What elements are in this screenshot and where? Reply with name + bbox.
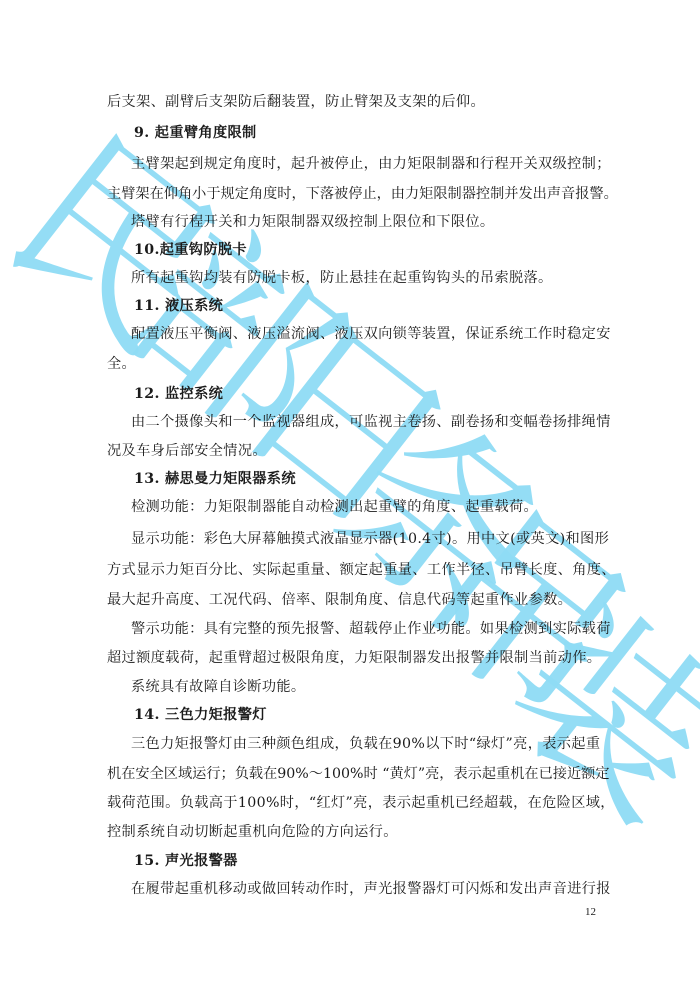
paragraph-line: 在履带起重机移动或做回转动作时，声光报警器灯可闪烁和发出声音进行报: [131, 880, 611, 898]
paragraph-line: 况及车身后部安全情况。: [107, 442, 267, 460]
paragraph-line: 控制系统自动切断起重机向危险的方向运行。: [107, 823, 398, 841]
paragraph-line: 载荷范围。负载高于100%时，“红灯”亮，表示起重机已经超载，在危险区域，: [107, 794, 615, 812]
section-heading: 11. 液压系统: [134, 297, 223, 315]
paragraph-line: 主臂架起到规定角度时，起升被停止，由力矩限制器和行程开关双级控制；: [131, 155, 611, 173]
watermark-char: 条: [312, 392, 579, 659]
paragraph-line: 系统具有故障自诊断功能。: [131, 678, 305, 696]
section-heading: 13. 赫思曼力矩限器系统: [134, 470, 296, 488]
paragraph-line: 后支架、副臂后支架防后翻装置，防止臂架及支架的后仰。: [107, 93, 485, 111]
paragraph-line: 方式显示力矩百分比、实际起重量、额定起重量、工作半径、吊臂长度、角度、: [107, 561, 616, 579]
paragraph-line: 警示功能：具有完整的预先报警、超载停止作业功能。如果检测到实际载荷: [131, 620, 611, 638]
paragraph-line: 最大起升高度、工况代码、倍率、限制角度、信息代码等起重作业参数。: [107, 591, 572, 609]
paragraph-line: 塔臂有行程开关和力矩限制器双级控制上限位和下限位。: [131, 213, 494, 231]
paragraph-line: 三色力矩报警灯由三种颜色组成，负载在90%以下时“绿灯”亮，表示起重: [131, 735, 600, 753]
section-heading: 14. 三色力矩报警灯: [134, 706, 267, 724]
paragraph-line: 所有起重钩均装有防脱卡板，防止悬挂在起重钩钩头的吊索脱落。: [131, 269, 553, 287]
page-number: 12: [585, 906, 596, 918]
paragraph-line: 机在安全区域运行；负载在90%～100%时 “黄灯”亮，表示起重机在已接近额定: [107, 765, 610, 783]
section-heading: 12. 监控系统: [134, 385, 223, 403]
paragraph-line: 显示功能：彩色大屏幕触摸式液晶显示器(10.4寸)。用中文(或英文)和图形: [131, 530, 609, 548]
section-heading: 9. 起重臂角度限制: [134, 124, 257, 142]
section-heading: 15. 声光报警器: [134, 852, 238, 870]
watermark-char: 吊: [392, 482, 659, 749]
document-page: 民 部 日 条 吊 装 后支架、副臂后支架防后翻装置，防止臂架及支架的后仰。 9…: [0, 0, 700, 989]
paragraph-line: 主臂架在仰角小于规定角度时，下落被停止，由力矩限制器控制并发出声音报警。: [107, 185, 618, 203]
paragraph-line: 全。: [107, 355, 136, 373]
paragraph-line: 超过额度载荷，起重臂超过极限角度，力矩限制器发出报警并限制当前动作。: [107, 649, 601, 667]
paragraph-line: 由二个摄像头和一个监视器组成，可监视主卷扬、副卷扬和变幅卷扬排绳情: [131, 413, 611, 431]
section-heading: 10.起重钩防脱卡: [134, 241, 247, 259]
paragraph-line: 配置液压平衡阀、液压溢流阀、液压双向锁等装置，保证系统工作时稳定安: [131, 325, 611, 343]
paragraph-line: 检测功能：力矩限制器能自动检测出起重臂的角度、起重载荷。: [131, 498, 538, 516]
